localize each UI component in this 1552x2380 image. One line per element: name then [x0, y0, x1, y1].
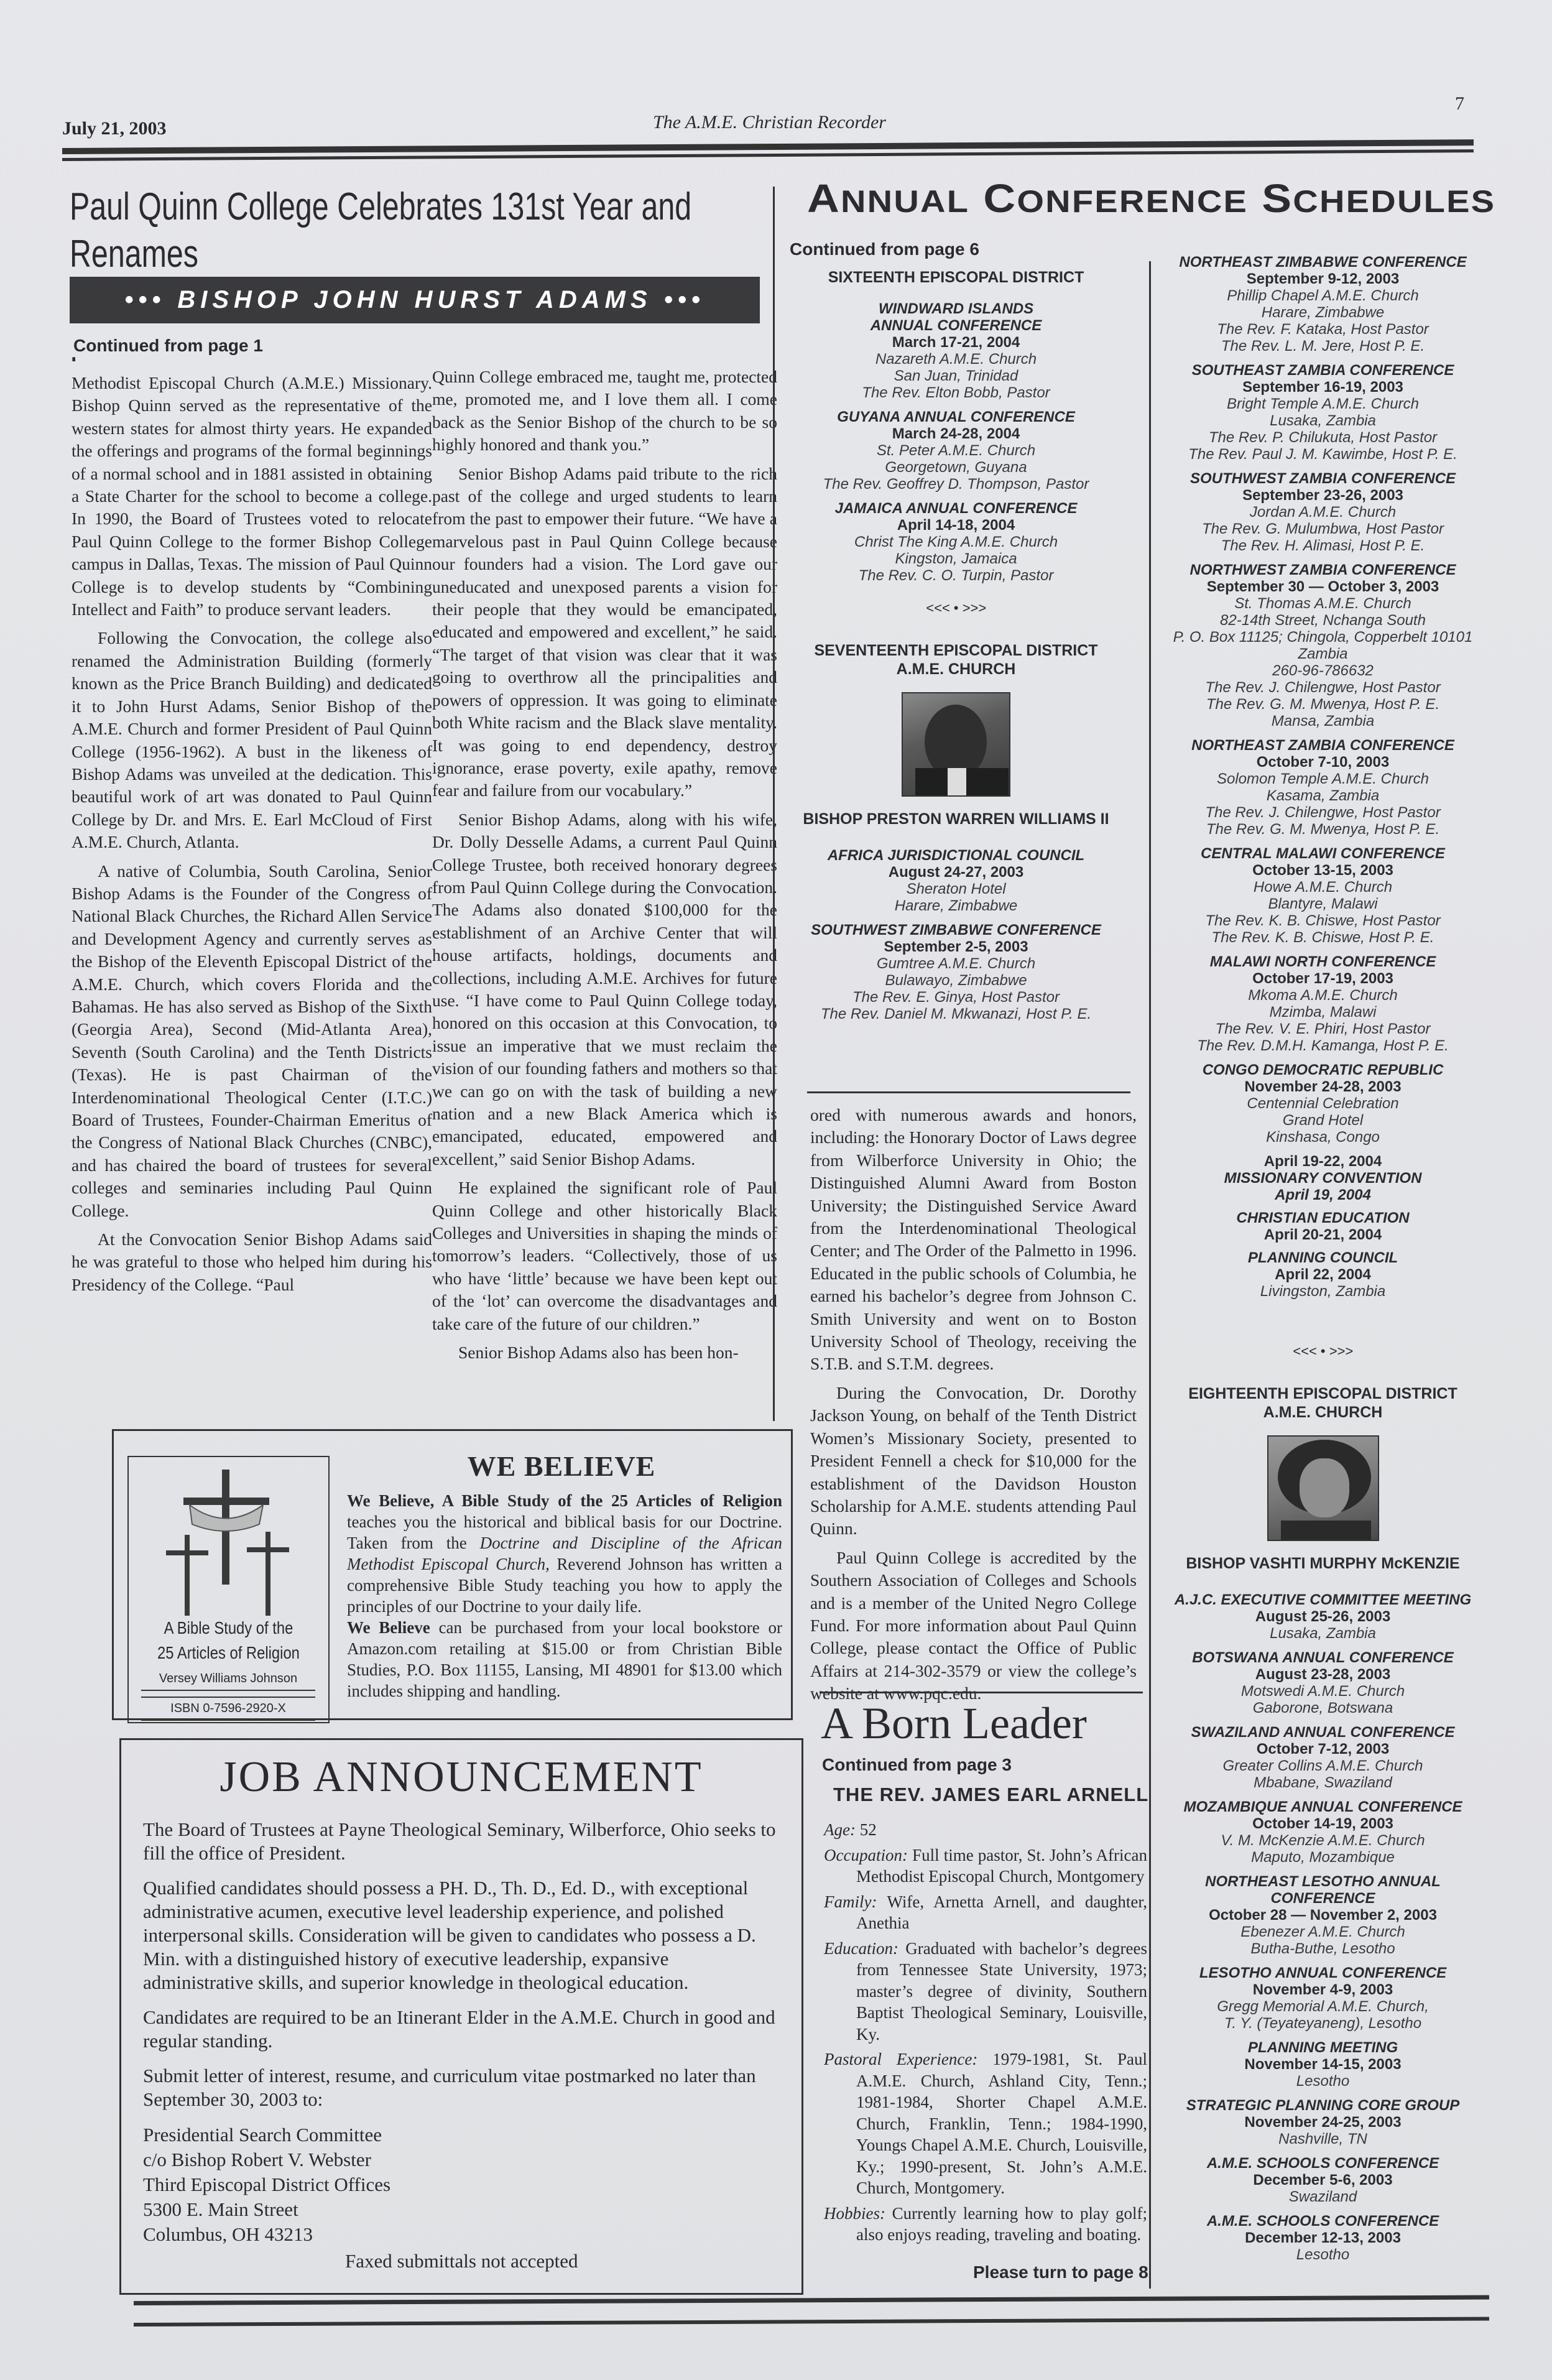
article-column-1: Methodist Episcopal Church (A.M.E.) Miss…	[72, 372, 432, 1302]
event-date: November 14-15, 2003	[1153, 2056, 1492, 2073]
event-detail: The Rev. F. Kataka, Host Pastor	[1153, 321, 1492, 338]
paragraph: Quinn College embraced me, taught me, pr…	[432, 366, 777, 456]
job-paragraph: Candidates are required to be an Itinera…	[143, 2006, 783, 2053]
district-heading: A.M.E. CHURCH	[787, 660, 1125, 678]
event-name: CENTRAL MALAWI CONFERENCE	[1153, 845, 1492, 862]
column-divider	[1149, 261, 1151, 2289]
event-name: MOZAMBIQUE ANNUAL CONFERENCE	[1153, 1799, 1492, 1815]
event-detail: Blantyre, Malawi	[1153, 896, 1492, 912]
event-detail: V. M. McKenzie A.M.E. Church	[1153, 1832, 1492, 1849]
paragraph: A native of Columbia, South Carolina, Se…	[72, 860, 432, 1223]
book-author: Versey Williams Johnson	[141, 1672, 315, 1691]
event-detail: Greater Collins A.M.E. Church	[1153, 1757, 1492, 1774]
footer-rule-thick	[134, 2295, 1489, 2305]
district-heading: EIGHTEENTH EPISCOPAL DISTRICT	[1153, 1384, 1492, 1403]
event-detail: Nazareth A.M.E. Church	[787, 351, 1125, 368]
event-name: SOUTHEAST ZAMBIA CONFERENCE	[1153, 362, 1492, 379]
event-name: AFRICA JURISDICTIONAL COUNCIL	[787, 847, 1125, 864]
schedule-event: MALAWI NORTH CONFERENCE October 17-19, 2…	[1153, 953, 1492, 1054]
event-detail: Lusaka, Zambia	[1153, 412, 1492, 429]
event-detail: St. Peter A.M.E. Church	[787, 442, 1125, 459]
event-name: A.J.C. EXECUTIVE COMMITTEE MEETING	[1153, 1591, 1492, 1608]
ad-bold-text: We Believe	[347, 1618, 430, 1637]
event-detail: Grand Hotel	[1153, 1112, 1492, 1129]
event-detail: The Rev. L. M. Jere, Host P. E.	[1153, 338, 1492, 354]
event-date: November 4-9, 2003	[1153, 1981, 1492, 1998]
headline-line-1: Paul Quinn College Celebrates 131st Year…	[70, 183, 759, 278]
event-detail: The Rev. J. Chilengwe, Host Pastor	[1153, 679, 1492, 696]
section-separator: <<< • >>>	[787, 600, 1125, 616]
event-detail: Butha-Buthe, Lesotho	[1153, 1940, 1492, 1957]
issue-date: July 21, 2003	[62, 118, 167, 139]
event-detail: The Rev. E. Ginya, Host Pastor	[787, 989, 1125, 1006]
schedule-event-closing: April 19-22, 2004 MISSIONARY CONVENTION …	[1153, 1153, 1492, 1300]
event-date: April 19, 2004	[1153, 1187, 1492, 1203]
continued-from-label: Continued from page 1	[73, 336, 263, 356]
event-name: NORTHEAST LESOTHO ANNUAL CONFERENCE	[1199, 1873, 1448, 1907]
event-name: NORTHEAST ZIMBABWE CONFERENCE	[1153, 254, 1492, 271]
event-detail: Mbabane, Swaziland	[1153, 1774, 1492, 1791]
born-leader-title: A Born Leader	[821, 1698, 1087, 1749]
event-detail: St. Thomas A.M.E. Church	[1153, 595, 1492, 612]
mailing-address: Presidential Search Committee c/o Bishop…	[143, 2123, 783, 2247]
job-body: The Board of Trustees at Payne Theologic…	[143, 1818, 783, 2247]
event-name: GUYANA ANNUAL CONFERENCE	[787, 409, 1125, 425]
event-date: October 7-12, 2003	[1153, 1741, 1492, 1757]
event-detail: The Rev. Elton Bobb, Pastor	[787, 384, 1125, 401]
bishop-mckenzie-photo	[1267, 1435, 1379, 1541]
address-line: Third Episcopal District Offices	[143, 2172, 783, 2197]
publication-name: The A.M.E. Christian Recorder	[653, 112, 886, 133]
field-label: Hobbies:	[824, 2204, 885, 2223]
section-rule	[807, 1091, 1130, 1093]
footer-rule-thin	[134, 2317, 1489, 2327]
event-detail: P. O. Box 11125; Chingola, Copperbelt 10…	[1153, 629, 1492, 646]
paragraph: Following the Convocation, the college a…	[72, 627, 432, 853]
event-detail: The Rev. G. M. Mwenya, Host P. E.	[1153, 696, 1492, 713]
section-separator: <<< • >>>	[1153, 1343, 1492, 1359]
event-date: December 12-13, 2003	[1153, 2230, 1492, 2246]
event-detail: Motswedi A.M.E. Church	[1153, 1683, 1492, 1700]
event-detail: The Rev. Daniel M. Mkwanazi, Host P. E.	[787, 1006, 1125, 1022]
event-detail: Bulawayo, Zimbabwe	[787, 972, 1125, 989]
paragraph: Senior Bishop Adams also has been hon-	[432, 1341, 777, 1364]
job-title: JOB ANNOUNCEMENT	[121, 1753, 801, 1802]
ad-body: We Believe, A Bible Study of the 25 Arti…	[347, 1490, 782, 1702]
three-crosses-icon	[160, 1470, 297, 1619]
event-date: September 23-26, 2003	[1153, 487, 1492, 504]
schedule-event: NORTHEAST ZIMBABWE CONFERENCE September …	[1153, 254, 1492, 354]
event-name: CONGO DEMOCRATIC REPUBLIC	[1153, 1062, 1492, 1078]
event-detail: Phillip Chapel A.M.E. Church	[1153, 287, 1492, 304]
event-detail: Centennial Celebration	[1153, 1095, 1492, 1112]
ad-title: WE BELIEVE	[338, 1450, 785, 1483]
paragraph: Senior Bishop Adams, along with his wife…	[432, 808, 777, 1171]
event-date: August 23-28, 2003	[1153, 1666, 1492, 1683]
schedule-event: GUYANA ANNUAL CONFERENCE March 24-28, 20…	[787, 409, 1125, 493]
event-date: August 24-27, 2003	[787, 864, 1125, 881]
event-detail: Jordan A.M.E. Church	[1153, 504, 1492, 521]
event-date: August 25-26, 2003	[1153, 1608, 1492, 1625]
event-detail: San Juan, Trinidad	[787, 368, 1125, 384]
event-name: MALAWI NORTH CONFERENCE	[1153, 953, 1492, 970]
event-date: November 24-25, 2003	[1153, 2114, 1492, 2131]
field-label: Family:	[824, 1892, 877, 1911]
continued-from-label: Continued from page 6	[790, 239, 979, 259]
event-date: October 14-19, 2003	[1153, 1815, 1492, 1832]
event-detail: Ebenezer A.M.E. Church	[1153, 1924, 1492, 1940]
event-detail: Livingston, Zambia	[1153, 1283, 1492, 1300]
event-detail: The Rev. D.M.H. Kamanga, Host P. E.	[1153, 1037, 1492, 1054]
event-detail: Swaziland	[1153, 2188, 1492, 2205]
field-value: Graduated with bachelor’s degrees from T…	[856, 1939, 1147, 2044]
profile-family: Family: Wife, Arnetta Arnell, and daught…	[824, 1891, 1147, 1934]
schedule-event: SOUTHEAST ZAMBIA CONFERENCE September 16…	[1153, 362, 1492, 463]
bishop-name: BISHOP PRESTON WARREN WILLIAMS II	[787, 810, 1125, 828]
job-paragraph: Qualified candidates should possess a PH…	[143, 1876, 783, 1994]
event-name: JAMAICA ANNUAL CONFERENCE	[787, 500, 1125, 517]
event-date: October 13-15, 2003	[1153, 862, 1492, 879]
field-value: 52	[856, 1820, 877, 1839]
event-detail: The Rev. J. Chilengwe, Host Pastor	[1153, 804, 1492, 821]
schedule-event: CENTRAL MALAWI CONFERENCE October 13-15,…	[1153, 845, 1492, 946]
event-name: SWAZILAND ANNUAL CONFERENCE	[1153, 1724, 1492, 1741]
newspaper-page: July 21, 2003 The A.M.E. Christian Recor…	[0, 0, 1552, 2380]
event-detail: Kasama, Zambia	[1153, 787, 1492, 804]
book-title-line: 25 Articles of Religion	[144, 1641, 313, 1665]
profile-details: Age: 52 Occupation: Full time pastor, St…	[824, 1819, 1147, 2249]
event-name: MISSIONARY CONVENTION	[1153, 1170, 1492, 1187]
event-date: November 24-28, 2003	[1153, 1078, 1492, 1095]
event-detail: The Rev. K. B. Chiswe, Host P. E.	[1153, 929, 1492, 946]
district-heading: SIXTEENTH EPISCOPAL DISTRICT	[787, 268, 1125, 287]
section-rule	[820, 1692, 1143, 1693]
schedule-event: PLANNING MEETING November 14-15, 2003 Le…	[1153, 2039, 1492, 2090]
event-detail: Lesotho	[1153, 2246, 1492, 2263]
schedule-event: LESOTHO ANNUAL CONFERENCE November 4-9, …	[1153, 1965, 1492, 2032]
paragraph: Paul Quinn College is accredited by the …	[810, 1547, 1137, 1705]
schedule-column-right: NORTHEAST ZIMBABWE CONFERENCE September …	[1153, 254, 1492, 2271]
event-date: September 30 — October 3, 2003	[1153, 578, 1492, 595]
event-detail: Harare, Zimbabwe	[1153, 304, 1492, 321]
event-detail: Mzimba, Malawi	[1153, 1004, 1492, 1021]
event-detail: Howe A.M.E. Church	[1153, 879, 1492, 896]
column-divider	[773, 187, 775, 1421]
field-label: Pastoral Experience:	[824, 2050, 977, 2068]
schedule-event: SOUTHWEST ZIMBABWE CONFERENCE September …	[787, 922, 1125, 1022]
event-name: CHRISTIAN EDUCATION	[1153, 1210, 1492, 1226]
we-believe-ad: A Bible Study of the 25 Articles of Reli…	[112, 1429, 793, 1720]
event-name: PLANNING MEETING	[1153, 2039, 1492, 2056]
profile-occupation: Occupation: Full time pastor, St. John’s…	[824, 1845, 1147, 1887]
paragraph: Methodist Episcopal Church (A.M.E.) Miss…	[72, 372, 432, 621]
page-number: 7	[1455, 93, 1464, 114]
profile-pastoral: Pastoral Experience: 1979-1981, St. Paul…	[824, 2049, 1147, 2199]
schedule-event: MOZAMBIQUE ANNUAL CONFERENCE October 14-…	[1153, 1799, 1492, 1866]
event-detail: The Rev. K. B. Chiswe, Host Pastor	[1153, 912, 1492, 929]
bishop-name: BISHOP VASHTI MURPHY McKENZIE	[1153, 1555, 1492, 1573]
book-title: A Bible Study of the 25 Articles of Reli…	[144, 1616, 313, 1665]
book-cover: A Bible Study of the 25 Articles of Reli…	[127, 1456, 330, 1723]
event-date: September 2-5, 2003	[787, 938, 1125, 955]
schedule-event: JAMAICA ANNUAL CONFERENCE April 14-18, 2…	[787, 500, 1125, 584]
event-detail: Gregg Memorial A.M.E. Church,	[1153, 1998, 1492, 2015]
event-detail: Mkoma A.M.E. Church	[1153, 987, 1492, 1004]
schedule-event: STRATEGIC PLANNING CORE GROUP November 2…	[1153, 2097, 1492, 2147]
event-detail: Mansa, Zambia	[1153, 713, 1492, 729]
district-heading: A.M.E. CHURCH	[1153, 1403, 1492, 1422]
event-date: October 17-19, 2003	[1153, 970, 1492, 987]
event-date: March 17-21, 2004	[787, 334, 1125, 351]
event-name: A.M.E. SCHOOLS CONFERENCE	[1153, 2155, 1492, 2172]
event-detail: 260-96-786632	[1153, 662, 1492, 679]
event-date: October 28 — November 2, 2003	[1153, 1907, 1492, 1924]
event-date: September 9-12, 2003	[1153, 271, 1492, 287]
event-detail: Gaborone, Botswana	[1153, 1700, 1492, 1716]
schedules-title: ANNUAL CONFERENCE SCHEDULES	[807, 175, 1495, 221]
paragraph: During the Convocation, Dr. Dorothy Jack…	[810, 1382, 1137, 1540]
article-column-2: Quinn College embraced me, taught me, pr…	[432, 366, 777, 1370]
event-detail: Bright Temple A.M.E. Church	[1153, 396, 1492, 412]
paragraph: He explained the significant role of Pau…	[432, 1177, 777, 1335]
address-line: c/o Bishop Robert V. Webster	[143, 2147, 783, 2172]
job-paragraph: Submit letter of interest, resume, and c…	[143, 2064, 783, 2111]
schedule-event: A.J.C. EXECUTIVE COMMITTEE MEETING Augus…	[1153, 1591, 1492, 1642]
event-date: March 24-28, 2004	[787, 425, 1125, 442]
event-detail: The Rev. G. Mulumbwa, Host Pastor	[1153, 521, 1492, 537]
event-detail: Gumtree A.M.E. Church	[787, 955, 1125, 972]
article-subhead-banner: ••• BISHOP JOHN HURST ADAMS •••	[70, 277, 760, 323]
event-name: LESOTHO ANNUAL CONFERENCE	[1153, 1965, 1492, 1981]
event-date: October 7-10, 2003	[1153, 754, 1492, 771]
event-name: BOTSWANA ANNUAL CONFERENCE	[1153, 1649, 1492, 1666]
book-title-line: A Bible Study of the	[144, 1616, 313, 1641]
event-detail: Christ The King A.M.E. Church	[787, 534, 1125, 550]
continued-from-label: Continued from page 3	[822, 1755, 1012, 1775]
event-detail: Sheraton Hotel	[787, 881, 1125, 897]
field-label: Education:	[824, 1939, 898, 1958]
ad-bold-text: We Believe, A Bible Study of the 25 Arti…	[347, 1491, 782, 1510]
event-detail: Zambia	[1153, 646, 1492, 662]
event-name: NORTHEAST ZAMBIA CONFERENCE	[1153, 737, 1492, 754]
address-line: Columbus, OH 43213	[143, 2222, 783, 2247]
event-detail: The Rev. H. Alimasi, Host P. E.	[1153, 537, 1492, 554]
schedule-event: WINDWARD ISLANDS ANNUAL CONFERENCE March…	[787, 300, 1125, 401]
event-detail: The Rev. P. Chilukuta, Host Pastor	[1153, 429, 1492, 446]
profile-hobbies: Hobbies: Currently learning how to play …	[824, 2203, 1147, 2246]
schedule-event: CONGO DEMOCRATIC REPUBLIC November 24-28…	[1153, 1062, 1492, 1146]
schedule-event: SOUTHWEST ZAMBIA CONFERENCE September 23…	[1153, 470, 1492, 554]
event-date: April 14-18, 2004	[787, 517, 1125, 534]
event-date: April 20-21, 2004	[1153, 1226, 1492, 1243]
event-name: PLANNING COUNCIL	[1153, 1249, 1492, 1266]
event-detail: Harare, Zimbabwe	[787, 897, 1125, 914]
fax-note: Faxed submittals not accepted	[345, 2250, 578, 2272]
profile-age: Age: 52	[824, 1819, 1147, 1841]
schedule-event: NORTHWEST ZAMBIA CONFERENCE September 30…	[1153, 562, 1492, 729]
event-detail: Nashville, TN	[1153, 2131, 1492, 2147]
schedule-event: NORTHEAST LESOTHO ANNUAL CONFERENCE Octo…	[1153, 1873, 1492, 1957]
event-name: WINDWARD ISLANDS ANNUAL CONFERENCE	[863, 300, 1050, 334]
event-detail: The Rev. Paul J. M. Kawimbe, Host P. E.	[1153, 446, 1492, 463]
event-detail: Georgetown, Guyana	[787, 459, 1125, 476]
event-name: STRATEGIC PLANNING CORE GROUP	[1153, 2097, 1492, 2114]
event-detail: Kingston, Jamaica	[787, 550, 1125, 567]
schedule-event: BOTSWANA ANNUAL CONFERENCE August 23-28,…	[1153, 1649, 1492, 1716]
event-detail: T. Y. (Teyateyaneng), Lesotho	[1153, 2015, 1492, 2032]
field-label: Age:	[824, 1820, 856, 1839]
paragraph: ored with numerous awards and honors, in…	[810, 1104, 1137, 1376]
address-line: 5300 E. Main Street	[143, 2197, 783, 2222]
field-value: Currently learning how to play golf; als…	[856, 2204, 1147, 2244]
event-detail: Solomon Temple A.M.E. Church	[1153, 771, 1492, 787]
event-name: A.M.E. SCHOOLS CONFERENCE	[1153, 2213, 1492, 2230]
bishop-williams-photo	[902, 692, 1010, 797]
field-value: 1979-1981, St. Paul A.M.E. Church, Ashla…	[856, 2050, 1147, 2197]
schedule-event: A.M.E. SCHOOLS CONFERENCE December 5-6, …	[1153, 2155, 1492, 2205]
event-detail: Lesotho	[1153, 2073, 1492, 2090]
district-heading: SEVENTEENTH EPISCOPAL DISTRICT	[787, 641, 1125, 660]
event-detail: 82-14th Street, Nchanga South	[1153, 612, 1492, 629]
event-date: September 16-19, 2003	[1153, 379, 1492, 396]
event-detail: Kinshasa, Congo	[1153, 1129, 1492, 1146]
event-date: April 19-22, 2004	[1153, 1153, 1492, 1170]
event-detail: The Rev. C. O. Turpin, Pastor	[787, 567, 1125, 584]
profile-name: THE REV. JAMES EARL ARNELL	[833, 1784, 1148, 1806]
address-line: Presidential Search Committee	[143, 2123, 783, 2147]
field-label: Occupation:	[824, 1846, 908, 1864]
event-detail: The Rev. V. E. Phiri, Host Pastor	[1153, 1021, 1492, 1037]
jump-line: Please turn to page 8	[973, 2262, 1148, 2282]
paragraph: At the Convocation Senior Bishop Adams s…	[72, 1228, 432, 1296]
event-detail: Lusaka, Zambia	[1153, 1625, 1492, 1642]
schedule-event: NORTHEAST ZAMBIA CONFERENCE October 7-10…	[1153, 737, 1492, 838]
event-date: December 5-6, 2003	[1153, 2172, 1492, 2188]
job-paragraph: The Board of Trustees at Payne Theologic…	[143, 1818, 783, 1865]
event-name: NORTHWEST ZAMBIA CONFERENCE	[1153, 562, 1492, 578]
schedule-event: SWAZILAND ANNUAL CONFERENCE October 7-12…	[1153, 1724, 1492, 1791]
book-isbn: ISBN 0-7596-2920-X	[141, 1697, 315, 1721]
schedule-event: A.M.E. SCHOOLS CONFERENCE December 12-13…	[1153, 2213, 1492, 2263]
job-announcement-box: JOB ANNOUNCEMENT The Board of Trustees a…	[119, 1738, 803, 2295]
event-detail: Maputo, Mozambique	[1153, 1849, 1492, 1866]
profile-education: Education: Graduated with bachelor’s deg…	[824, 1938, 1147, 2045]
event-detail: The Rev. Geoffrey D. Thompson, Pastor	[787, 476, 1125, 493]
event-name: SOUTHWEST ZIMBABWE CONFERENCE	[787, 922, 1125, 938]
schedule-column-middle: SIXTEENTH EPISCOPAL DISTRICT WINDWARD IS…	[787, 264, 1125, 1030]
event-date: April 22, 2004	[1153, 1266, 1492, 1283]
article-column-3: ored with numerous awards and honors, in…	[810, 1104, 1137, 1711]
schedule-event: AFRICA JURISDICTIONAL COUNCIL August 24-…	[787, 847, 1125, 914]
field-value: Wife, Arnetta Arnell, and daughter, Anet…	[856, 1892, 1147, 1933]
event-detail: The Rev. G. M. Mwenya, Host P. E.	[1153, 821, 1492, 838]
paragraph: Senior Bishop Adams paid tribute to the …	[432, 463, 777, 802]
event-name: SOUTHWEST ZAMBIA CONFERENCE	[1153, 470, 1492, 487]
